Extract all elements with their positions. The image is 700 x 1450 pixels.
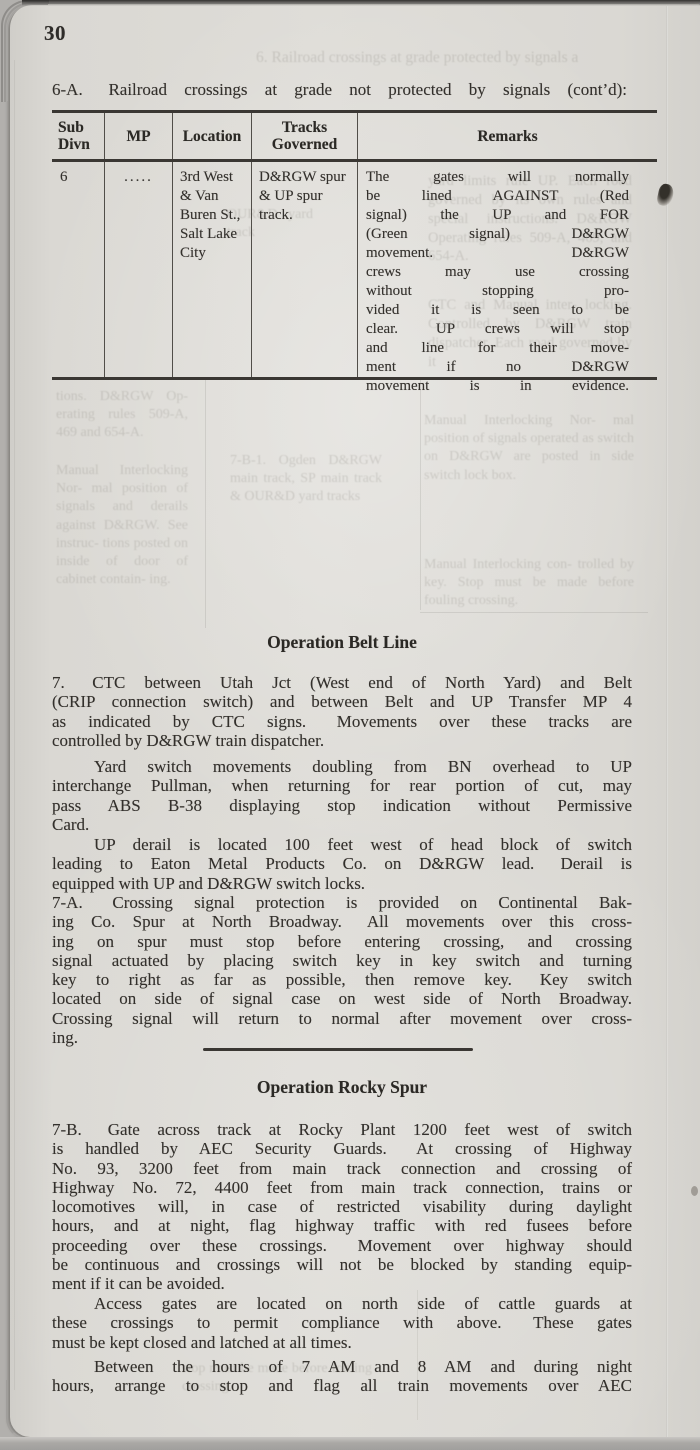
paragraph-body: Access gates are located on north side o… [52, 1294, 632, 1333]
paragraph-7b-gate: 7-B. Gate across track at Rocky Plant 12… [52, 1120, 632, 1294]
page-edge-top-shadow [22, 0, 700, 6]
cell-mp: ..... [105, 162, 173, 377]
paragraph-up-derail: UP derail is located 100 feet west of he… [52, 835, 632, 893]
table-header-row: Sub Divn MP Location Tracks Governed Rem… [52, 113, 657, 162]
operation-rocky-spur-heading: Operation Rocky Spur [52, 1077, 632, 1098]
paragraph-last-line: Card. [52, 815, 632, 834]
paragraph-last-line: equipped with UP and D&RGW switch locks. [52, 874, 632, 893]
paragraph-last-line: ing. [52, 1028, 632, 1047]
section-divider-rule [203, 1048, 473, 1051]
table-row: 6 ..... 3rd West & Van Buren St., Salt L… [52, 162, 657, 377]
paragraph-body: 7-B. Gate across track at Rocky Plant 12… [52, 1120, 632, 1274]
cell-tracks-governed: D&RGW spur & UP spur track. [252, 162, 358, 377]
cell-location: 3rd West & Van Buren St., Salt Lake City [173, 162, 252, 377]
cell-sub-divn: 6 [52, 162, 105, 377]
paper-crease-line [666, 6, 668, 1437]
paragraph-7a-crossing-signal: 7-A. Crossing signal protection is provi… [52, 893, 632, 1047]
col-header-mp: MP [105, 113, 173, 159]
paragraph-last-line: ment if it can be avoided. [52, 1274, 632, 1293]
paper-left-crease [14, 60, 15, 1390]
paragraph-7-ctc: 7. CTC between Utah Jct (West end of Nor… [52, 673, 632, 750]
paragraph-body: Yard switch movements doubling from BN o… [52, 757, 632, 815]
printed-content: 30 6-A. Railroad crossings at grade not … [0, 0, 700, 1450]
col-header-location: Location [173, 113, 252, 159]
col-header-tracks-governed: Tracks Governed [252, 113, 358, 159]
paragraph-last-line: controlled by D&RGW train dispatcher. [52, 731, 632, 750]
paragraph-body: 7. CTC between Utah Jct (West end of Nor… [52, 673, 632, 731]
paragraph-body: UP derail is located 100 feet west of he… [52, 835, 632, 874]
ink-speck [691, 1186, 698, 1196]
paragraph-yard-switch: Yard switch movements doubling from BN o… [52, 757, 632, 834]
section-6a-heading: 6-A. Railroad crossings at grade not pro… [52, 80, 627, 100]
paragraph-body: Between the hours of 7 AM and 8 AM and d… [52, 1357, 632, 1396]
paragraph-last-line: must be kept closed and latched at all t… [52, 1333, 632, 1352]
page-edge-bottom-band [0, 1437, 700, 1450]
paragraph-body: 7-A. Crossing signal protection is provi… [52, 893, 632, 1028]
cell-remarks: The gates will normally be lined AGAINST… [358, 162, 657, 377]
paragraph-access-gates: Access gates are located on north side o… [52, 1294, 632, 1352]
operation-belt-line-heading: Operation Belt Line [52, 632, 632, 653]
col-header-remarks: Remarks [358, 113, 657, 159]
paragraph-between-hours: Between the hours of 7 AM and 8 AM and d… [52, 1357, 632, 1396]
col-header-sub-divn: Sub Divn [52, 113, 105, 159]
scanned-document-page: { "colors": { "paper": "#d9d7d2", "ink":… [0, 0, 700, 1450]
page-corner-bottom-left [6, 1380, 38, 1440]
crossings-table: Sub Divn MP Location Tracks Governed Rem… [52, 110, 657, 380]
